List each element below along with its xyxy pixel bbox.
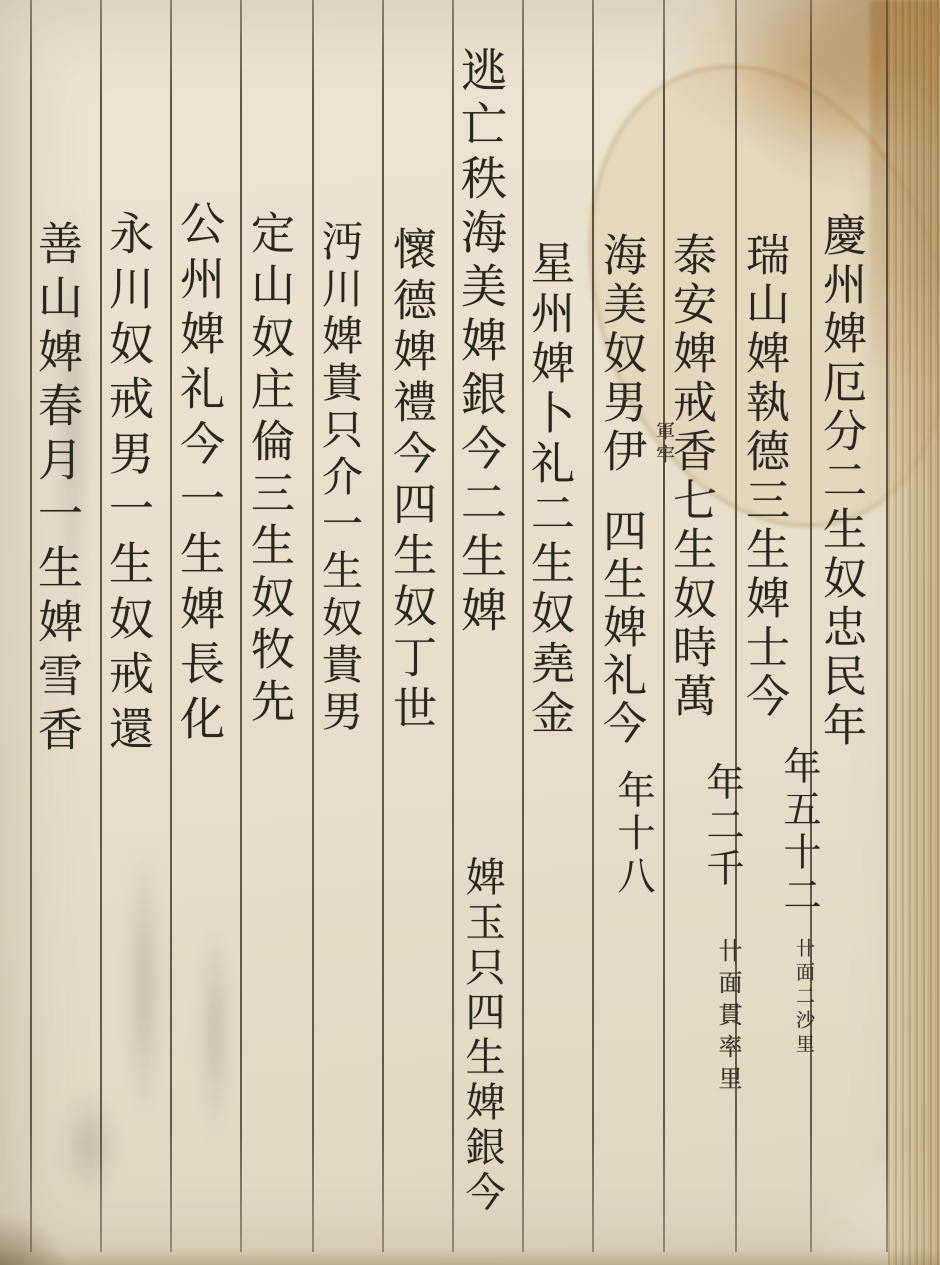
section-runaway-column: 逃亡秩海美婢銀今二生婢 xyxy=(458,46,504,640)
entry-column-seonsan: 善山婢春月一生婢雪香 xyxy=(34,220,79,760)
entry-column-haemi-no: 海美奴男伊 xyxy=(598,232,642,477)
entry-column-seongju: 星州婢卜礼二生奴堯金 xyxy=(526,240,570,740)
bleed-through-ghost xyxy=(195,900,235,1160)
entry-column-myeoncheon: 沔川婢貴只介一生奴貴男 xyxy=(318,220,359,737)
entry-text: 永川奴戒男一生奴戒還 xyxy=(101,210,154,760)
column-rule xyxy=(886,0,888,1252)
page-bottom-shadow xyxy=(0,1249,940,1265)
entry-column-jeongsan: 定山奴庄倫三生奴牧先 xyxy=(246,210,290,730)
entry-column-gongju: 公州婢礼今一生婢長化 xyxy=(176,200,221,750)
entry-column-gyeongju: 慶州婢厄分二生奴忠民年 xyxy=(818,212,862,751)
entry-age: 年 xyxy=(815,702,866,751)
entry-text: 公州婢礼今一生婢長化 xyxy=(172,200,225,750)
column-rule xyxy=(240,0,242,1252)
column-rule xyxy=(810,0,812,1252)
entry-column-hoedeok: 懷德婢禮今四生奴丁世 xyxy=(388,226,432,736)
entry-text: 定山奴庄倫三生奴牧先 xyxy=(243,210,294,730)
entry-text: 瑞山婢執德三生婢士今 xyxy=(738,232,789,722)
entry-text: 善山婢春月一生婢雪香 xyxy=(30,220,83,760)
entry-age-haemi: 年十八 xyxy=(614,770,652,899)
entry-note-seosan: 卄面二沙里 xyxy=(794,938,813,1058)
entry-text: 星州婢卜礼二生奴堯金 xyxy=(523,240,574,740)
entry-column-seosan: 瑞山婢執德三生婢士今 xyxy=(741,232,785,722)
entry-note-taean: 卄面貫率里 xyxy=(716,938,740,1098)
entry-text: 海美婢銀今二生婢 xyxy=(454,208,508,640)
column-rule xyxy=(592,0,594,1252)
entry-age-taean: 年二千 xyxy=(703,762,741,891)
section-header: 逃亡秩 xyxy=(454,46,508,208)
entry-text: 泰安婢戒香七生奴時萬 xyxy=(665,232,716,722)
fore-edge-stain xyxy=(870,0,940,420)
entry-text: 海美奴男伊 xyxy=(595,232,646,477)
entry-text: 懷德婢禮今四生奴丁世 xyxy=(385,226,436,736)
entry-text-haemi-continued: 四生婢礼今 xyxy=(598,508,642,748)
entry-column-taean: 泰安婢戒香七生奴時萬 xyxy=(668,232,712,722)
entry-age-seosan: 年五十二 xyxy=(780,746,818,918)
bleed-through-ghost xyxy=(55,1080,125,1210)
entry-inline-note-haemi: 軍牢 xyxy=(654,421,673,467)
column-rule xyxy=(312,0,314,1252)
column-rule xyxy=(382,0,384,1252)
entry-column-yeongcheon: 永川奴戒男一生奴戒還 xyxy=(105,210,150,760)
manuscript-page: 慶州婢厄分二生奴忠民年 瑞山婢執德三生婢士今 年五十二 卄面二沙里 泰安婢戒香七… xyxy=(0,0,940,1265)
entry-continuation-runaway: 婢玉只四生婢銀今 xyxy=(462,856,502,1216)
entry-text: 慶州婢厄分二生奴忠民 xyxy=(815,212,866,702)
bleed-through-ghost xyxy=(120,820,168,1150)
entry-text: 沔川婢貴只介一生奴貴男 xyxy=(315,220,363,737)
